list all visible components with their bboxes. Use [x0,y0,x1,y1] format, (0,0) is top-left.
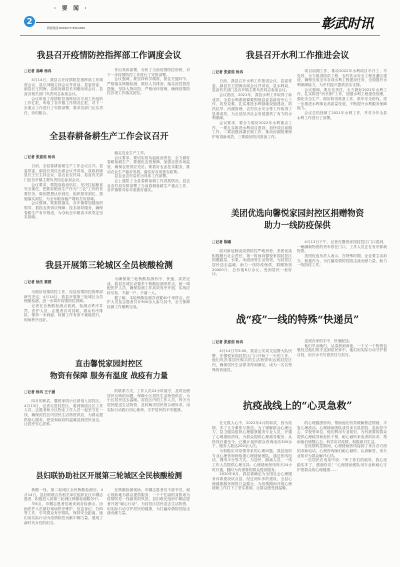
article-body-col2: 在核酸检测现场，巾帼志愿者们不辞辛苦，耐心细致地为群众提供服务，一个个忙碌的身影… [107,488,190,545]
paragraph: 一位居民在电话中说：“听了你们的疏导，我心里踏实多了，感谢你们！”心理援助团队用… [297,458,387,472]
article-headline: 直击馨悦家园封控区 [20,358,198,369]
paragraph: 会议强调，要压实责任，全力做好2022年水利工作，扎实推进“河长制”工作，加强水… [297,88,387,111]
paragraph: 会议强调，要坚持科学精准，抓住关键环节，严格落实核酸检测，做好人员排查，落实封控… [107,77,190,96]
paragraph: 项目前期工作，推动2022年水利项目早开工、早见效，全力推进防洪工程、农村饮水安… [297,69,387,88]
section-title: · 要 闻 · [54,4,89,12]
article-body-col1: 为做好疫情防控工作，经县疫情防控指挥部研究决定，4月14日，我县开展第三轮城区全… [24,290,103,347]
paragraph: 面对新冠肺炎疫情防控严峻形势，美团优选积极履行社会责任，第一时间向馨悦家园封控区… [212,249,292,277]
article-headline: 县妇联协助社区开展第三轮城区全民核酸检测 [20,471,198,481]
article-headline-line2: 助力一线防疫保供 [205,219,390,231]
article-body-col2: 稳定农业生产工作。 会议要求，要切实担负起政治责任，全力做好春耕备耕生产，要强化… [107,151,190,240]
article-byline: □记者 张意茹 杨冉 [212,70,243,75]
article-headline: 战“疫”一线的特殊“快递员” [205,311,390,326]
article-headline: 美团优选向馨悦家园封控区捐赠物资 [205,207,390,219]
header-rule [20,35,380,36]
paragraph: 为做好疫情防控工作，经县疫情防控指挥部研究决定，4月14日，我县开展第三轮城区全… [24,290,103,304]
paragraph: 为积极应对疫情带来的心理问题，我县组织专业心理咨询师组建心理援助团队，通过热线电… [212,449,292,472]
paragraph: 作出具体部署，分析了当前疫情防控形势，对下一步疫情防控工作进行了安排部署。 [107,68,190,77]
paragraph: 在核酸检测现场，巾帼志愿者们不辞辛苦，耐心细致地为群众提供服务，一个个忙碌的身影… [107,488,190,516]
paragraph: 2020年6月，我县被确定为全国社会心理服务体系建设试点县，经过两年多的建设，全… [212,472,292,491]
article-byline: □记者 杨冉 王子涵 [24,390,55,395]
paragraph: 4月13日下午，记者在馨悦家园封控区门口看到，一辆满载物资的货车停在门口，工作人… [297,240,387,254]
article-body-col2: 项目前期工作，推动2022年水利项目早开工、早见效，全力推进防洪工程、农村饮水安… [297,69,387,190]
article-byline: □记者 徐杰 蔡媛 [24,280,51,285]
news-hotline: 新闻热线:8949073 8954386 [47,26,85,30]
article-byline: □记者 张意茹 杨冉 [24,155,55,160]
newspaper-masthead-logo: 彰武时讯 [321,12,373,32]
article-headline: 全县春耕备耕生产工作会议召开 [20,130,198,142]
paragraph: 会议要求，要提高政治站位，坚决扛起粮食安全重任，把抓好粮食生产作为“三农”工作的… [24,183,103,202]
article-body-col2: 的联系方式，工作人员24小时值守，及时处理居民反映的问题，保障小区居民生活物资供… [107,389,190,455]
paragraph: 据了解，本轮核酸检测共设置40个采样点，医护人员及志愿者共计900余人参与其中，… [107,296,190,310]
article-body-col1: 日前，我县召开水利工作推进会议，县委常委、副县长王国海出席会议并讲话，县水利局、… [212,79,292,194]
paragraph: 4月14日，我县召开疫情防控指挥部工作调度会议，县长刘晓主持会议并讲话，县委常委… [24,78,103,97]
article-body-col2: 作出具体部署，分析了当前疫情防控形势，对下一步疫情防控工作进行了安排部署。 会议… [107,68,190,110]
paragraph: 在疫情防控期间，心理援助热线接到了来自各方面的求助电话，心理咨询师们耐心倾听、认… [297,444,387,458]
article-body-col1: 4月14日早5:00，我县公安局交巡警大队民警，在馨悦家园封控区门口开始了一天的… [212,349,292,386]
article-byline: □记者 高峰 杨冉 [24,69,51,74]
paragraph: 在无数人心中，2022年4月的彰武，因为疫情，多了几分紧张与焦虑。为了缓解群众心… [212,421,292,449]
article-headline: 我县召开疫情防控指挥部工作调度会议 [20,49,198,61]
article-body-col1: 4月14日，我县召开疫情防控指挥部工作调度会议，县长刘晓主持会议并讲话，县委常委… [24,78,103,122]
paragraph: 会议要求，要切实担负起政治责任，全力做好春耕备耕生产，要强化农资保障，加强农资市… [107,156,190,175]
article-body-col2: 的心理健康咨询，帮助他们有效缓解焦虑情绪，平复心理波动。心理援助团队成员来自县医… [297,421,387,552]
paragraph: 的心理健康咨询，帮助他们有效缓解焦虑情绪，平复心理波动。心理援助团队成员来自县医… [297,421,387,444]
paragraph: 四月的彰武，馨悦家园小区被划入封控区。4月13日，记者走进封控区，看到街道社区工… [24,399,103,427]
article-body-col2: 送到各家的手中，快速配送。 他们早出晚归，从清晨到深夜，一个又一个物资包裹经过他… [297,339,387,386]
paragraph: 美团优选负责人表示，在特殊时期，企业要主动担当、积极作为，为打赢疫情防控阻击战贡… [297,254,387,268]
article-body-col1: 面对新冠肺炎疫情防控严峻形势，美团优选积极履行社会责任，第一时间向馨悦家园封控区… [212,249,292,301]
article-headline: 抗疫战线上的“心灵急救” [205,398,390,412]
paragraph: 他们早出晚归，从清晨到深夜，一个又一个物资包裹经过他们的手送到居民家中，他们用实… [297,344,387,358]
article-body-col2: 4月13日下午，记者在馨悦家园封控区门口看到，一辆满载物资的货车停在门口，工作人… [297,240,387,287]
paragraph: 会议总结回顾了2021年水利工作，并对今年全县水利工作进行了部署。 [297,111,387,120]
article-body-col1: 在无数人心中，2022年4月的彰武，因为疫情，多了几分紧张与焦虑。为了缓解群众心… [212,421,292,556]
header-divider [36,22,320,23]
article-headline: 我县开展第三轮城区全员核酸检测 [20,259,198,271]
page-number-badge: 2 [24,16,35,27]
paragraph: 会上通报了全县春耕备耕工作进展情况，县农业农村局安排部署了当前春耕备耕生产重点工… [107,179,190,193]
article-body-col2: 为确保第三轮核酸检测有序、快速、高效完成，我县在城区设置多个核酸检测采样点，统一… [107,277,190,343]
article-byline: □记者 陈曦 [212,240,231,245]
paragraph: 会议强调，要狠抓落实，各乡镇要加强组织领导，狠抓农资供应保障、技术指导服务，确保… [24,201,103,220]
paragraph: 会议要求，要全力做好2022年水利重点工作，一要扎实推进水利项目建设，加快项目前… [212,121,292,140]
paragraph: 记者在各核酸检测点看到，检测点秩序井然，医护人员、志愿者各司其职，群众有序排队，… [24,304,103,323]
paragraph: 4月14日早5:00，我县公安局交巡警大队民警，在馨悦家园封控区门口开始了一天的… [212,349,292,372]
article-body-col1: 核酸一线，第二轮城区全民核酸检测后，4月14日，县妇联联合各相关单位组织社区巾帼… [24,488,103,554]
paragraph: 会议指出，2021年，我县水利工作取得了新成效，全县水利系统紧紧围绕县委县政府中… [212,93,292,121]
paragraph: 为确保第三轮核酸检测有序、快速、高效完成，我县在城区设置多个核酸检测采样点，统一… [107,277,190,296]
paragraph: 的联系方式，工作人员24小时值守，及时处理居民反映的问题，保障小区居民生活物资供… [107,389,190,412]
article-body-col1: 日前，全县春耕备耕生产工作会议召开。县委常委、副县长刘红出席会议并讲话，县政府副… [24,164,103,248]
paragraph: 会议听取了疫情防控指挥部各专项工作组的工作汇报，听取了各乡镇工作情况汇报，对下一… [24,97,103,116]
article-byline: □记者 张意茹 杨冉 [212,340,243,345]
article-headline-line2: 物资有保障 服务有温度 战疫有力量 [20,370,198,381]
article-headline: 我县召开水利工作推进会议 [205,49,390,61]
paragraph: 日前，全县春耕备耕生产工作会议召开。县委常委、副县长刘红出席会议并讲话，县政府副… [24,164,103,183]
paragraph: 日前，我县召开水利工作推进会议，县委常委、副县长王国海出席会议并讲话，县水利局、… [212,79,292,93]
article-body-col1: 四月的彰武，馨悦家园小区被划入封控区。4月13日，记者走进封控区，看到街道社区工… [24,399,103,457]
paragraph: 早6点，巾帼志愿者们就来到各检测点，协助医护人员做好现场秩序维护、信息登记、扫码… [24,502,103,525]
paragraph: 核酸一线，第二轮城区全民核酸检测后，4月14日，县妇联联合各相关单位组织社区巾帼… [24,488,103,502]
